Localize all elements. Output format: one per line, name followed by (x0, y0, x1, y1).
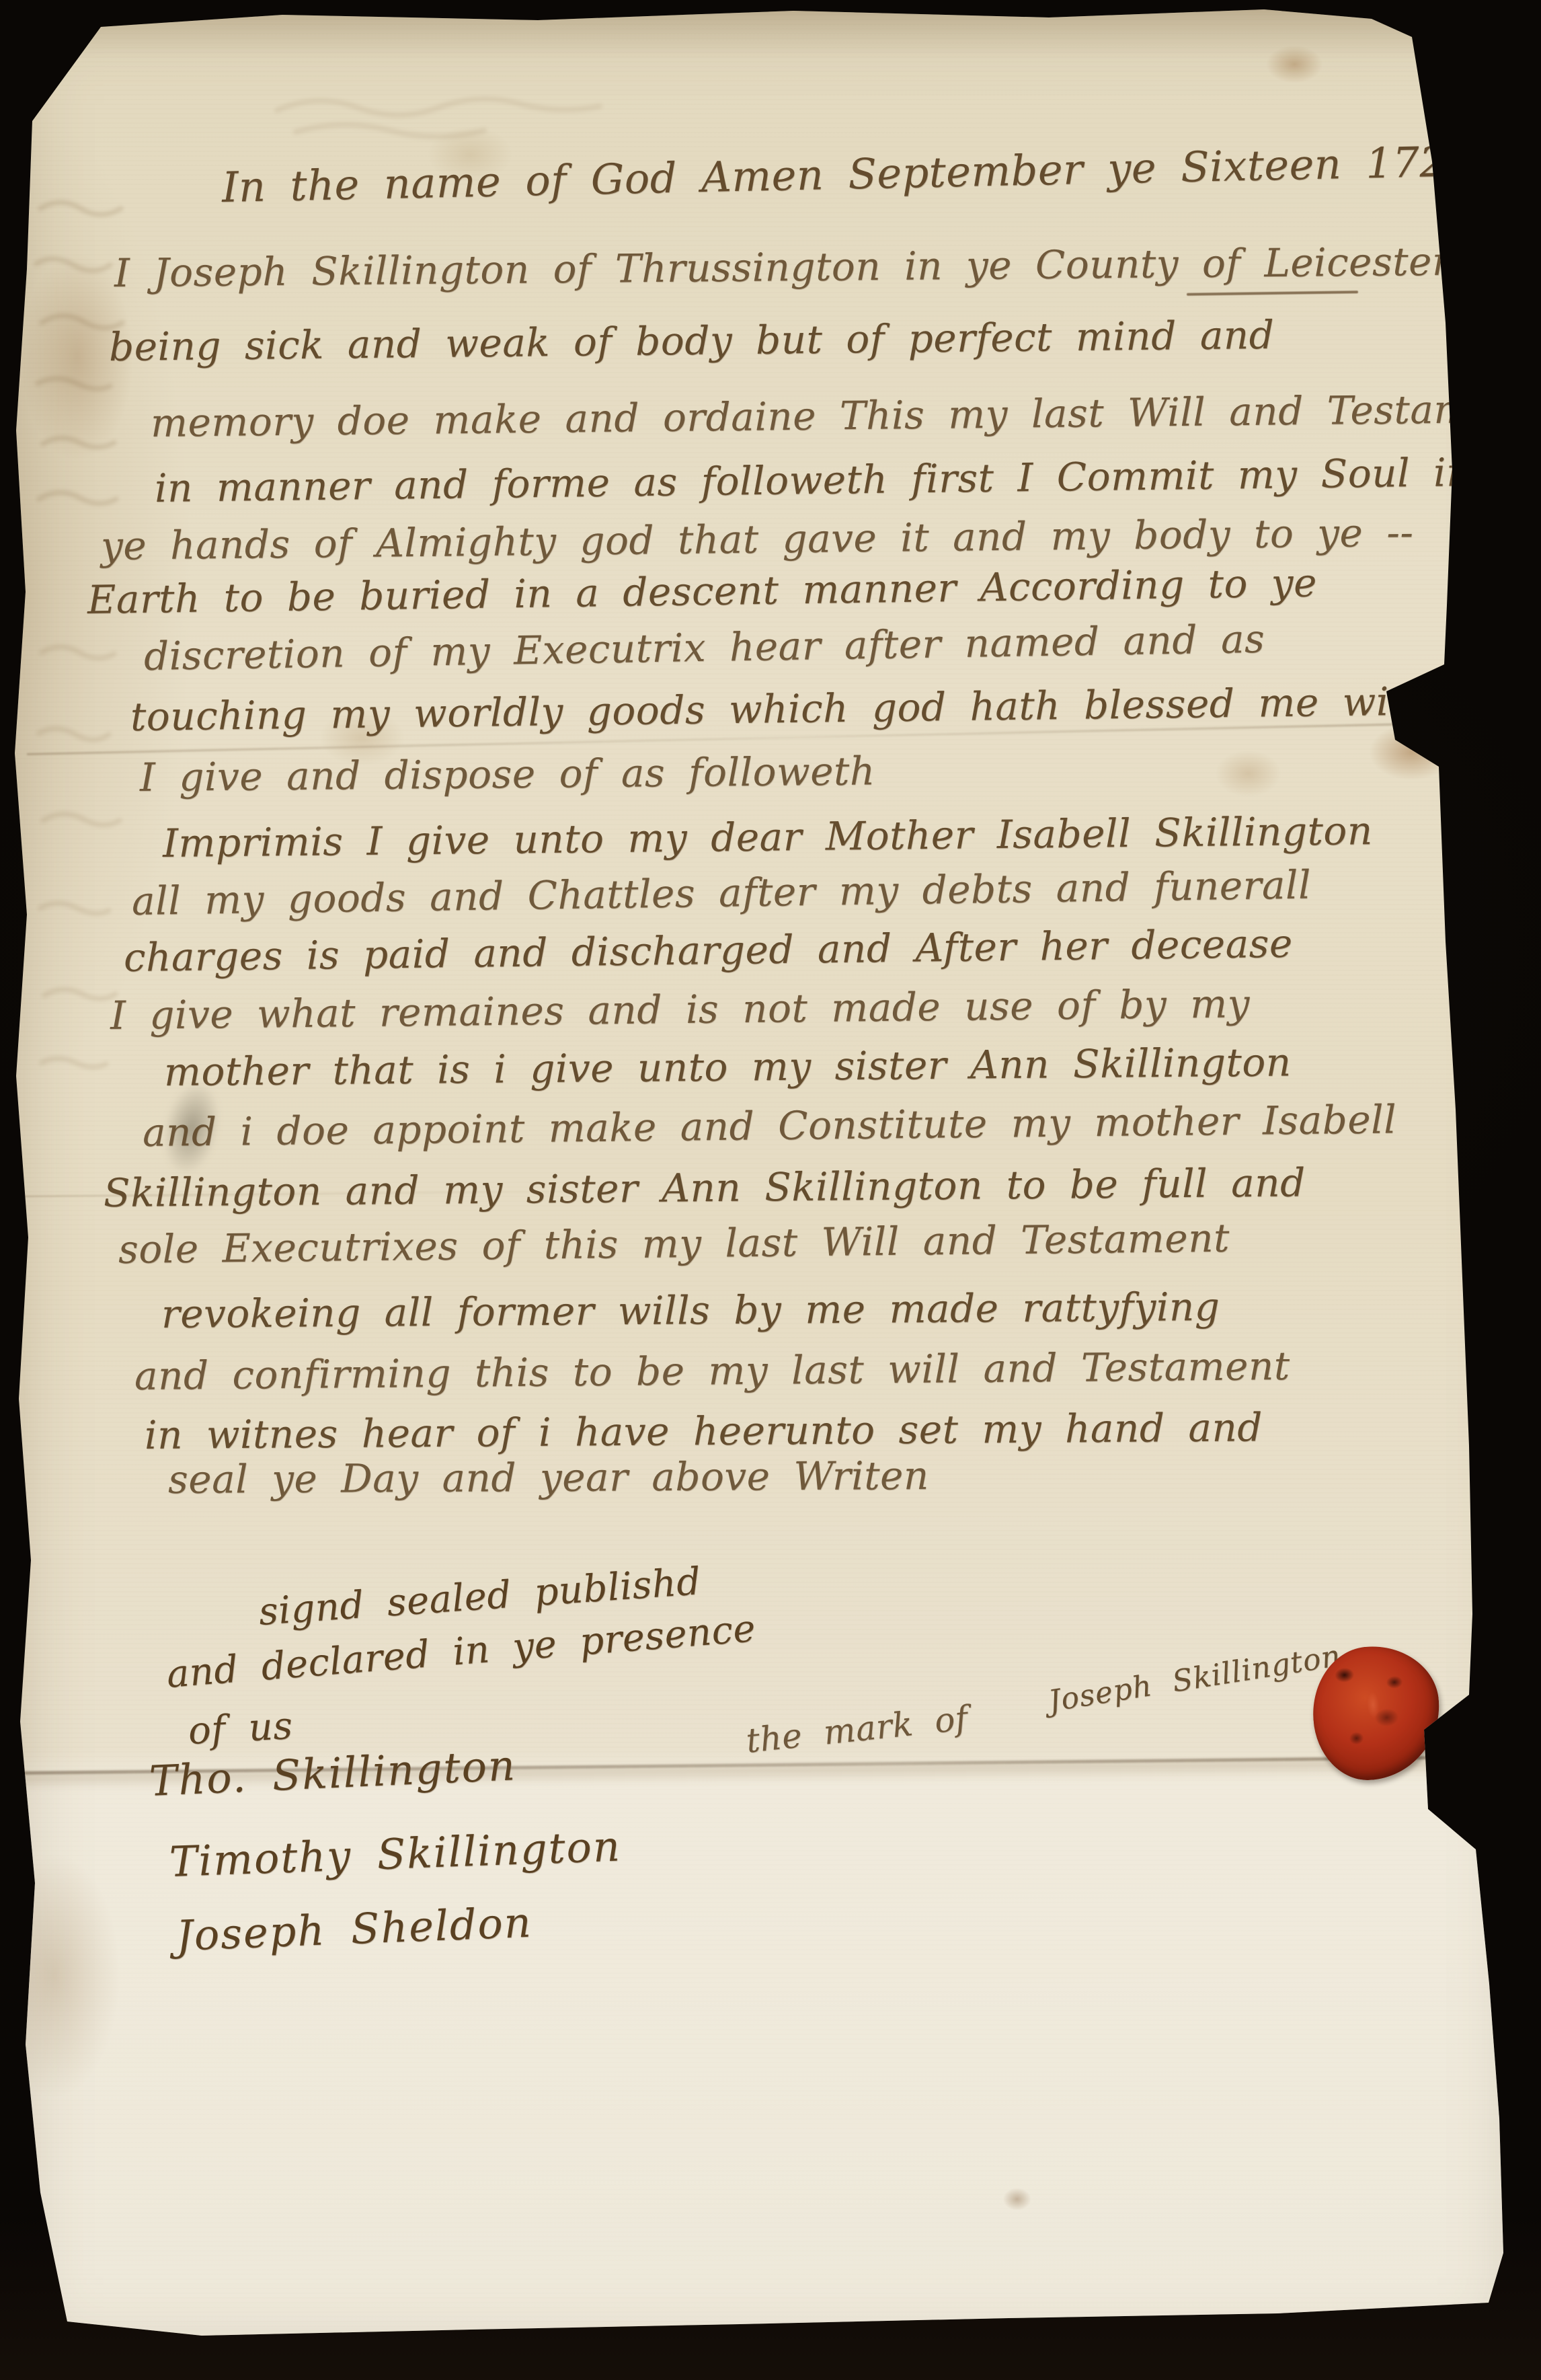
will-document-page: In the name of God Amen September ye Six… (0, 0, 1541, 2380)
will-line: discretion of my Executrix hear after na… (143, 616, 1265, 679)
will-line: all my goods and Chattles after my debts… (132, 862, 1312, 924)
will-line: Earth to be buried in a descent manner A… (87, 560, 1318, 623)
witness-signature: Timothy Skillington (169, 1822, 622, 1886)
will-line: ye hands of Almighty god that gave it an… (101, 510, 1414, 569)
testator-signature: Joseph Skillington (1046, 1639, 1343, 1719)
will-line: and i doe appoint make and Constitute my… (143, 1096, 1397, 1155)
will-line: I give and dispose of as followeth (140, 748, 875, 800)
mark-of-label: the mark of (744, 1699, 970, 1761)
will-line: touching my worldly goods which god hath… (130, 678, 1431, 740)
will-line: In the name of God Amen September ye Six… (221, 137, 1474, 212)
will-line: Skillington and my sister Ann Skillingto… (104, 1159, 1306, 1216)
will-line: revokeing all former wills by me made ra… (161, 1284, 1220, 1337)
will-line: in witnes hear of i have heerunto set my… (145, 1404, 1263, 1458)
will-line: memory doe make and ordaine This my last… (151, 385, 1536, 446)
underline-stroke (1187, 291, 1358, 296)
will-line: charges is paid and discharged and After… (124, 921, 1294, 981)
attestation-line: of us (187, 1704, 294, 1753)
will-line: and confirming this to be my last will a… (134, 1343, 1290, 1399)
will-line: in manner and forme as followeth first I… (155, 449, 1512, 511)
will-line: mother that is i give unto my sister Ann… (164, 1039, 1292, 1095)
will-line: Imprimis I give unto my dear Mother Isab… (163, 808, 1373, 866)
will-line: sole Executrixes of this my last Will an… (118, 1215, 1230, 1272)
will-line: being sick and weak of body but of perfe… (109, 312, 1275, 370)
ink-bleed-through-marks (269, 75, 619, 143)
witness-signature: Joseph Sheldon (175, 1898, 533, 1960)
will-line: seal ye Day and year above Writen (168, 1453, 929, 1502)
attestation-line: and declared in ye presence (165, 1607, 757, 1697)
will-line: I give what remaines and is not made use… (110, 981, 1251, 1038)
will-line: I Joseph Skillington of Thrussington in … (114, 239, 1452, 296)
